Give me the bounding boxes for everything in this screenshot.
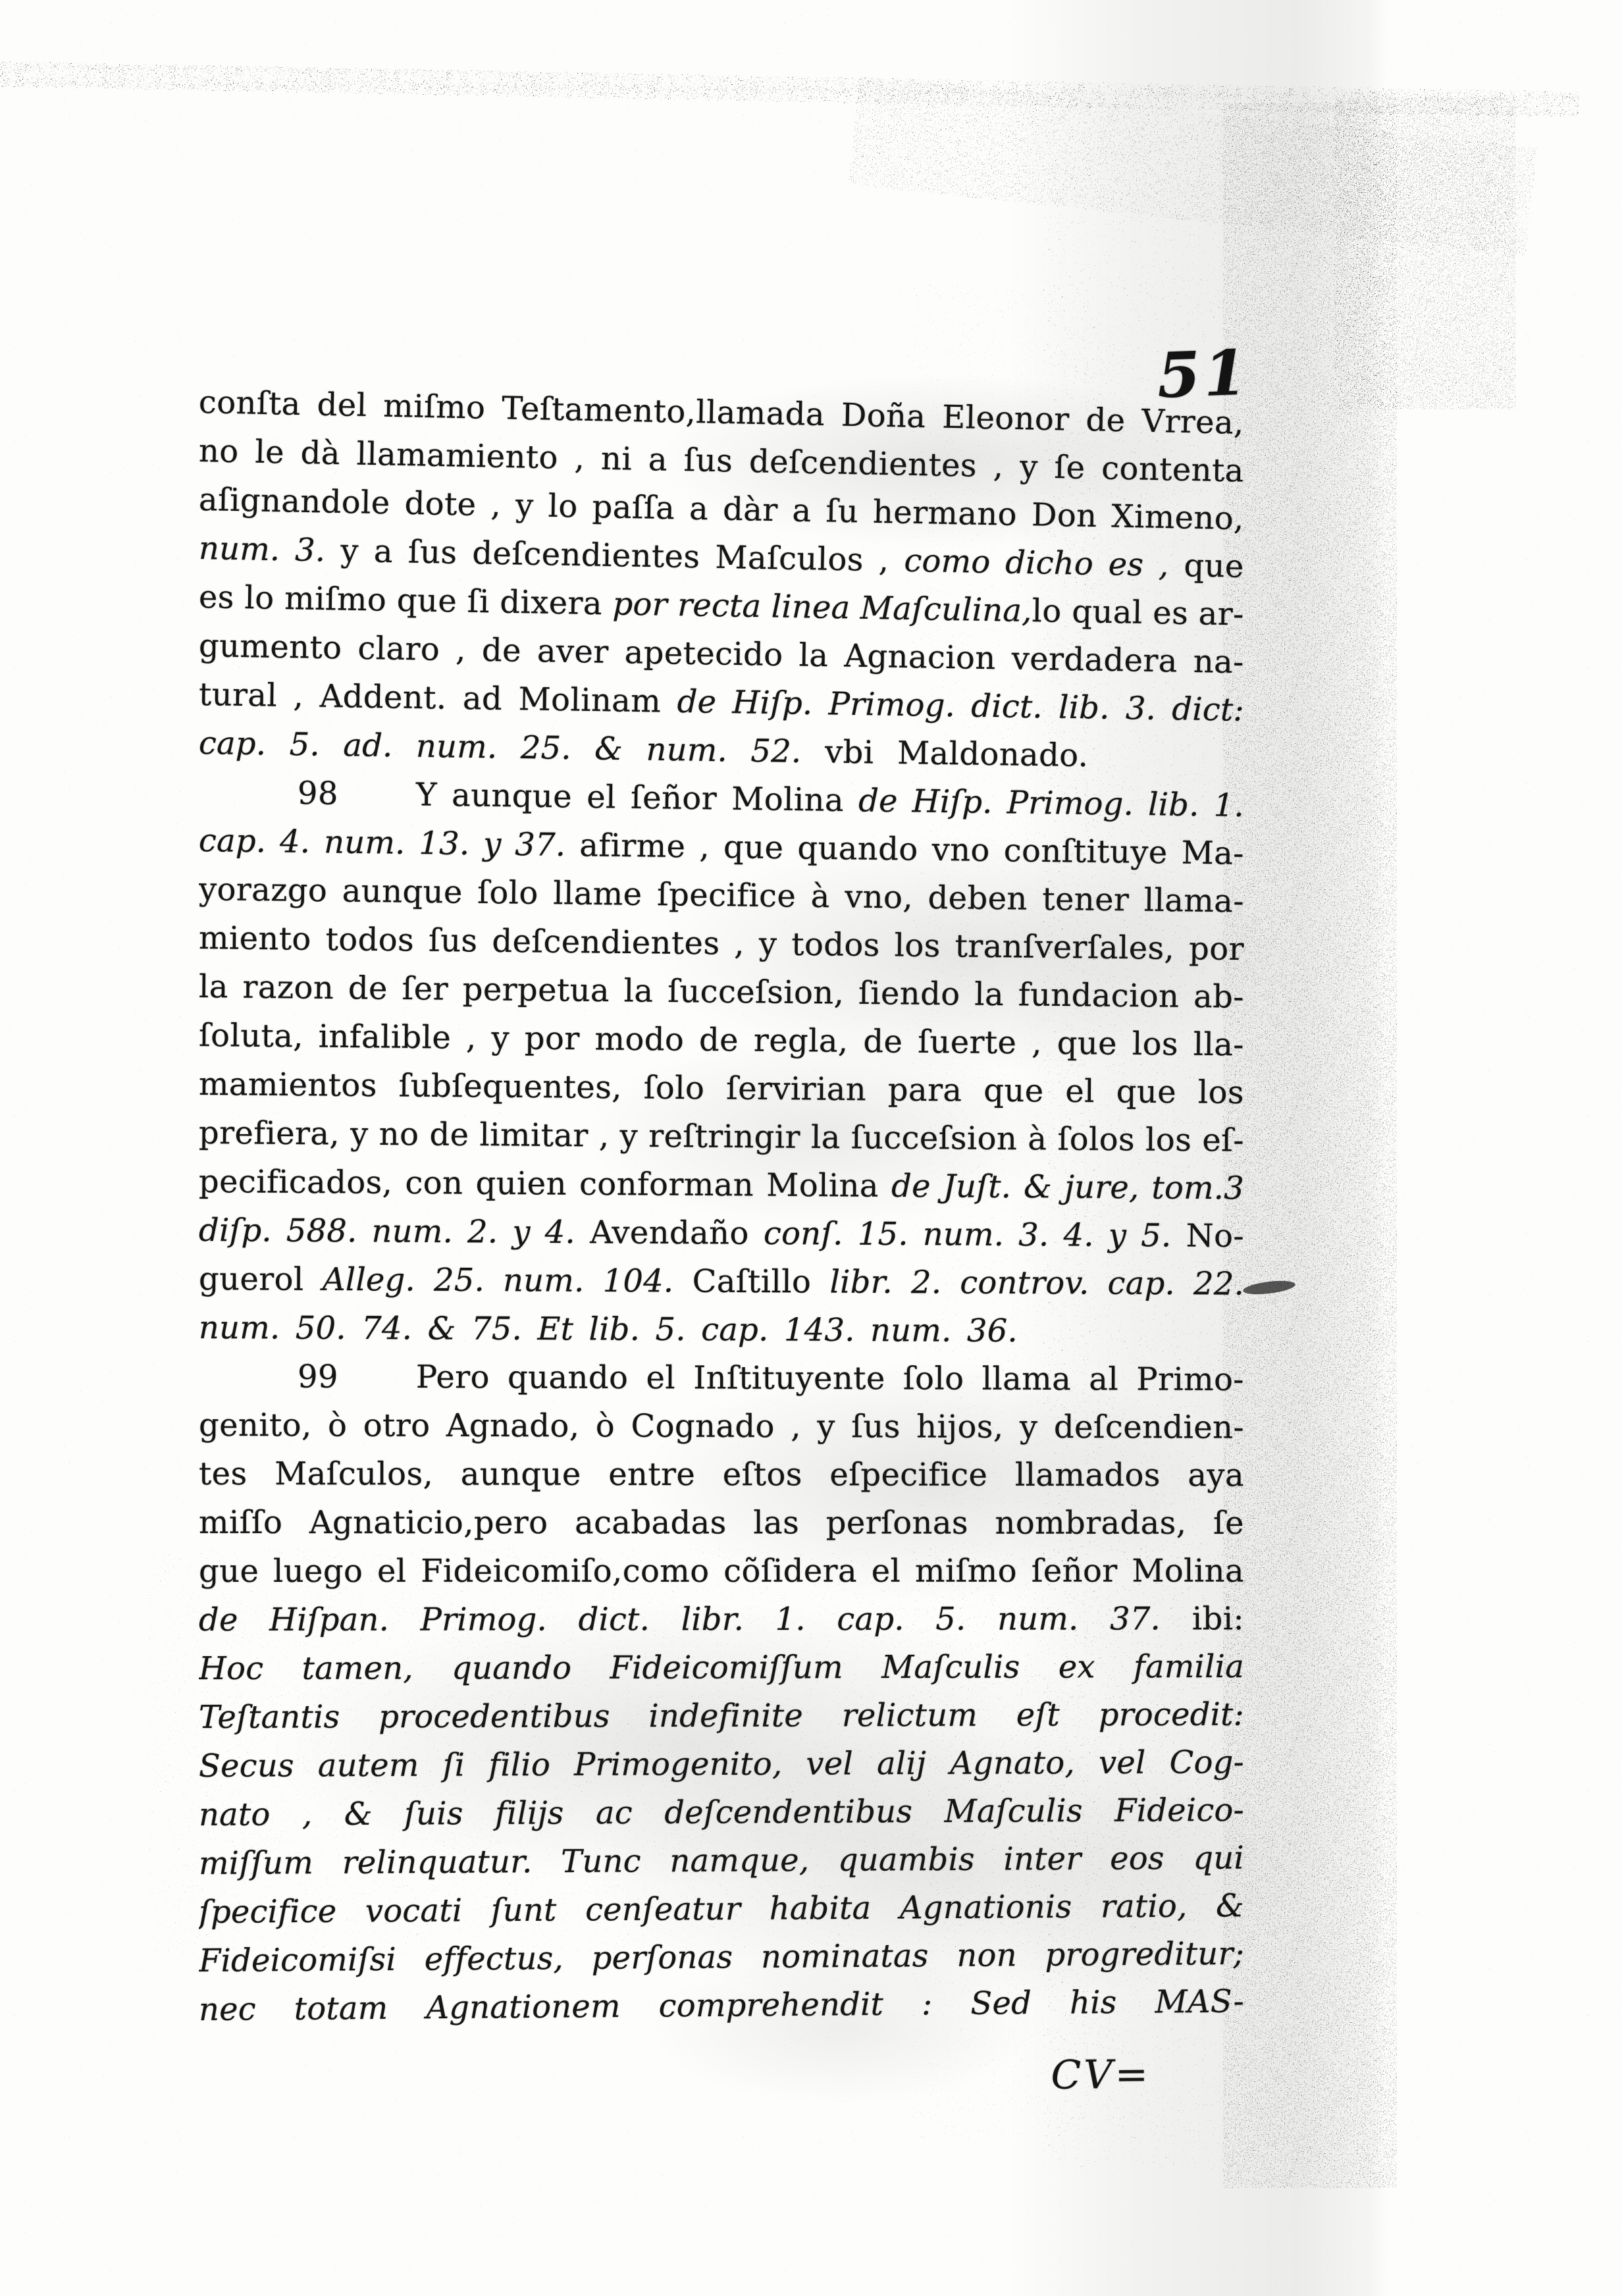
text-line: Hoc tamen, quando Fideicomiſſum Maſculis… [199,1642,1244,1693]
text-segment: genito, ò otro Agnado, ò Cognado , y ſus… [199,1407,1244,1446]
text-line: Fideicomiſsi effectus, perſonas nominata… [199,1929,1244,1985]
text-segment: Avendaño [575,1214,764,1252]
text-line: diſp. 588. num. 2. y 4. Avendaño conſ. 1… [199,1206,1244,1261]
text-segment: num. 3. [199,530,326,569]
text-segment: Teſtantis procedentibus indefinite relic… [199,1696,1244,1736]
text-segment: ſoluta, infalible , y por modo de regla,… [199,1017,1244,1063]
book-page-scan: 51 conſta del miſmo Teſtamento,llamada D… [0,0,1622,2296]
text-segment: Caſtillo [673,1263,829,1300]
text-segment: tes Maſculos, aunque entre eſtos eſpecif… [199,1455,1244,1500]
text-segment: No- [1171,1217,1244,1255]
text-line: mamientos ſubſequentes, ſolo ſervirian p… [199,1060,1245,1117]
text-segment: miſſo Agnaticio,pero acabadas las perſon… [199,1504,1244,1548]
text-segment: la razon de ſer perpetua la ſucceſsion, … [199,968,1244,1016]
text-segment: diſp. 588. num. 2. y 4. [199,1212,575,1251]
text-line: tes Maſculos, aunque entre eſtos eſpecif… [199,1449,1244,1500]
text-segment: y a ſus deſcendientes Maſculos , [325,532,904,579]
text-segment: de Hiſpan. Primog. dict. libr. 1. cap. 5… [199,1600,1161,1638]
text-segment: nato , & ſuis filijs ac deſcendentibus M… [199,1792,1244,1833]
text-line: nec totam Agnationem comprehendit : Sed … [199,1977,1245,2034]
text-segment: pecificados, con quien conforman Molina [199,1163,891,1205]
text-line: miſſo Agnaticio,pero acabadas las perſon… [199,1498,1244,1548]
text-segment: Y aunque el ſeñor Molina [415,776,858,819]
text-segment: que [1168,547,1244,585]
text-segment: como dicho es , [904,542,1169,584]
text-segment: afirme , que quando vno conſtituye Ma- [565,827,1244,872]
text-segment: gue luego el Fideicomiſo,como cõſidera e… [199,1553,1244,1590]
text-segment: Fideicomiſsi effectus, perſonas nominata… [199,1935,1244,1979]
text-segment: prefiera, y no de limitar , y reſtringir… [199,1114,1244,1159]
text-segment: de Juſt. & jure, tom.3 [891,1168,1244,1207]
text-segment: Pero quando el Inſtituyente ſolo llama a… [416,1359,1244,1398]
text-line: ſpecifice vocati ſunt cenſeatur habita A… [199,1881,1244,1937]
text-segment: Hoc tamen, quando Fideicomiſſum Maſculis… [199,1648,1244,1687]
text-segment: cap. 5. ad. num. 25. & num. 52. [199,725,802,770]
text-segment: yorazgo aunque ſolo llame ſpecifice à vn… [199,871,1245,920]
text-line: 99Pero quando el Inſtituyente ſolo llama… [199,1352,1244,1404]
text-segment: vbi Maldonado. [801,733,1089,774]
text-segment: por recta linea Maſculina, [612,585,1032,629]
text-line: miſſum relinquatur. Tunc namque, quambis… [199,1834,1244,1888]
text-segment: es lo miſmo que ſi dixera [199,579,614,622]
text-segment: libr. 2. controv. cap. 22. [829,1264,1244,1303]
catchword: CV= [199,2050,1245,2106]
text-segment: Secus autem ſi filio Primogenito, vel al… [199,1744,1244,1785]
text-line: de Hiſpan. Primog. dict. libr. 1. cap. 5… [199,1594,1244,1644]
text-segment: guerol [199,1261,323,1298]
text-segment: de Hiſp. Primog. dict. lib. 3. dict: [677,683,1244,729]
paragraph-number: 99 [298,1352,338,1401]
text-segment: miento todos ſus deſcendientes , y todos… [199,920,1245,968]
text-segment: tural , Addent. ad Molinam [199,676,678,720]
text-line: Teſtantis procedentibus indefinite relic… [199,1690,1244,1742]
text-line: nato , & ſuis filijs ac deſcendentibus M… [199,1786,1244,1839]
text-segment: cap. 4. num. 13. y 37. [199,822,566,864]
text-segment: ſpecifice vocati ſunt cenſeatur habita A… [199,1887,1244,1931]
text-line: Secus autem ſi filio Primogenito, vel al… [199,1738,1244,1790]
text-line: pecificados, con quien conforman Molina … [199,1157,1244,1213]
text-segment: de Hiſp. Primog. lib. 1. [858,782,1244,824]
text-line: gue luego el Fideicomiſo,como cõſidera e… [199,1547,1244,1596]
text-line: prefiera, y no de limitar , y reſtringir… [199,1109,1245,1165]
text-segment: lo qual es ar- [1032,592,1244,633]
text-block: conſta del miſmo Teſtamento,llamada Doña… [199,378,1244,2106]
text-segment: miſſum relinquatur. Tunc namque, quambis… [199,1840,1244,1882]
text-line: guerol Alleg. 25. num. 104. Caſtillo lib… [199,1255,1244,1309]
text-segment: ibi: [1161,1600,1244,1637]
text-segment: num. 50. 74. & 75. Et lib. 5. cap. 143. … [199,1309,1018,1349]
text-segment: nec totam Agnationem comprehendit : Sed … [199,1983,1244,2028]
paragraph-number: 98 [297,769,338,818]
text-line: genito, ò otro Agnado, ò Cognado , y ſus… [199,1401,1244,1452]
text-line: num. 50. 74. & 75. Et lib. 5. cap. 143. … [199,1303,1244,1356]
text-segment: conſ. 15. num. 3. 4. y 5. [764,1215,1172,1255]
text-segment: Alleg. 25. num. 104. [323,1261,674,1300]
